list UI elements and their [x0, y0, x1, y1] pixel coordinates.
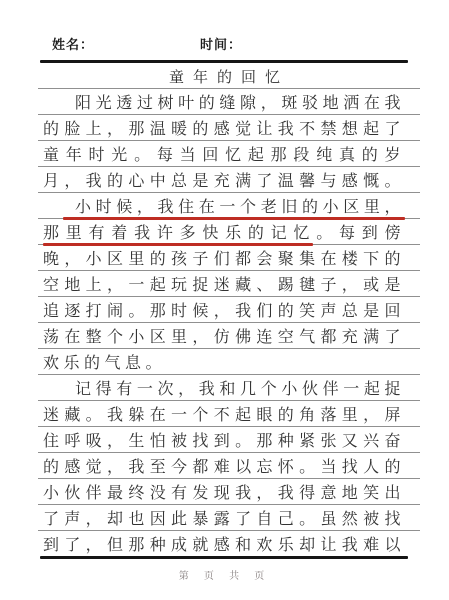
essay-line: 住呼吸，生怕被找到。那种紧张又兴奋	[38, 427, 420, 453]
essay-title: 童年的回忆	[169, 70, 289, 85]
teacher-red-underline	[63, 217, 405, 220]
essay-line: 迷藏。我躲在一个不起眼的角落里，屏	[38, 401, 420, 427]
essay-line-text: 荡在整个小区里，仿佛连空气都充满了	[43, 328, 405, 346]
essay-line: 欢乐的气息。	[38, 349, 420, 375]
top-divider	[40, 60, 408, 63]
essay-line-text: 那里有着我许多快乐的记忆。每到傍	[43, 224, 405, 242]
page-footer: 第 页 共 页	[0, 564, 449, 583]
essay-line: 空地上，一起玩捉迷藏、踢毽子，或是	[38, 271, 420, 297]
essay-line-text: 记得有一次，我和几个小伙伴一起捉	[75, 380, 405, 398]
teacher-red-underline	[43, 243, 313, 246]
essay-line-text: 阳光透过树叶的缝隙，斑驳地洒在我	[75, 94, 405, 112]
essay-line: 到了，但那种成就感和欢乐却让我难以	[38, 531, 420, 556]
essay-line-text: 欢乐的气息。	[43, 354, 405, 372]
essay-line: 的脸上，那温暖的感觉让我不禁想起了	[38, 115, 420, 141]
essay-line-text: 了声，却也因此暴露了自己。虽然被找	[43, 510, 405, 528]
essay-line: 小伙伴最终没有发现我，我得意地笑出	[38, 479, 420, 505]
essay-line-text: 的脸上，那温暖的感觉让我不禁想起了	[43, 120, 405, 138]
worksheet-header: 姓名： 时间：	[38, 34, 420, 56]
essay-worksheet-page: 姓名： 时间： 童年的回忆 阳光透过树叶的缝隙，斑驳地洒在我的脸上，那温暖的感觉…	[0, 0, 449, 600]
essay-body: 阳光透过树叶的缝隙，斑驳地洒在我的脸上，那温暖的感觉让我不禁想起了童年时光。每当…	[38, 89, 420, 556]
name-label: 姓名：	[52, 34, 94, 53]
essay-line-text: 童年时光。每当回忆起那段纯真的岁	[43, 146, 405, 164]
essay-line-text: 到了，但那种成就感和欢乐却让我难以	[43, 536, 405, 554]
essay-line-text: 小伙伴最终没有发现我，我得意地笑出	[43, 484, 405, 502]
essay-line: 小时候，我住在一个老旧的小区里，	[38, 193, 420, 219]
bottom-divider	[40, 556, 408, 559]
essay-line: 荡在整个小区里，仿佛连空气都充满了	[38, 323, 420, 349]
essay-line-text: 月，我的心中总是充满了温馨与感慨。	[43, 172, 405, 190]
essay-line: 那里有着我许多快乐的记忆。每到傍	[38, 219, 420, 245]
essay-line-text: 追逐打闹。那时候，我们的笑声总是回	[43, 302, 405, 320]
time-label: 时间：	[200, 34, 242, 53]
essay-line: 月，我的心中总是充满了温馨与感慨。	[38, 167, 420, 193]
essay-line: 了声，却也因此暴露了自己。虽然被找	[38, 505, 420, 531]
essay-line-text: 的感觉，我至今都难以忘怀。当找人的	[43, 458, 405, 476]
essay-line: 的感觉，我至今都难以忘怀。当找人的	[38, 453, 420, 479]
essay-line: 追逐打闹。那时候，我们的笑声总是回	[38, 297, 420, 323]
essay-line: 童年时光。每当回忆起那段纯真的岁	[38, 141, 420, 167]
page-number-label: 第 页 共 页	[179, 571, 271, 582]
title-row: 童年的回忆	[38, 64, 420, 89]
essay-line: 晚，小区里的孩子们都会聚集在楼下的	[38, 245, 420, 271]
essay-line-text: 空地上，一起玩捉迷藏、踢毽子，或是	[43, 276, 405, 294]
essay-line: 记得有一次，我和几个小伙伴一起捉	[38, 375, 420, 401]
essay-line-text: 晚，小区里的孩子们都会聚集在楼下的	[43, 250, 405, 268]
essay-line-text: 住呼吸，生怕被找到。那种紧张又兴奋	[43, 432, 405, 450]
essay-line-text: 小时候，我住在一个老旧的小区里，	[75, 198, 405, 216]
essay-line-text: 迷藏。我躲在一个不起眼的角落里，屏	[43, 406, 405, 424]
essay-line: 阳光透过树叶的缝隙，斑驳地洒在我	[38, 89, 420, 115]
